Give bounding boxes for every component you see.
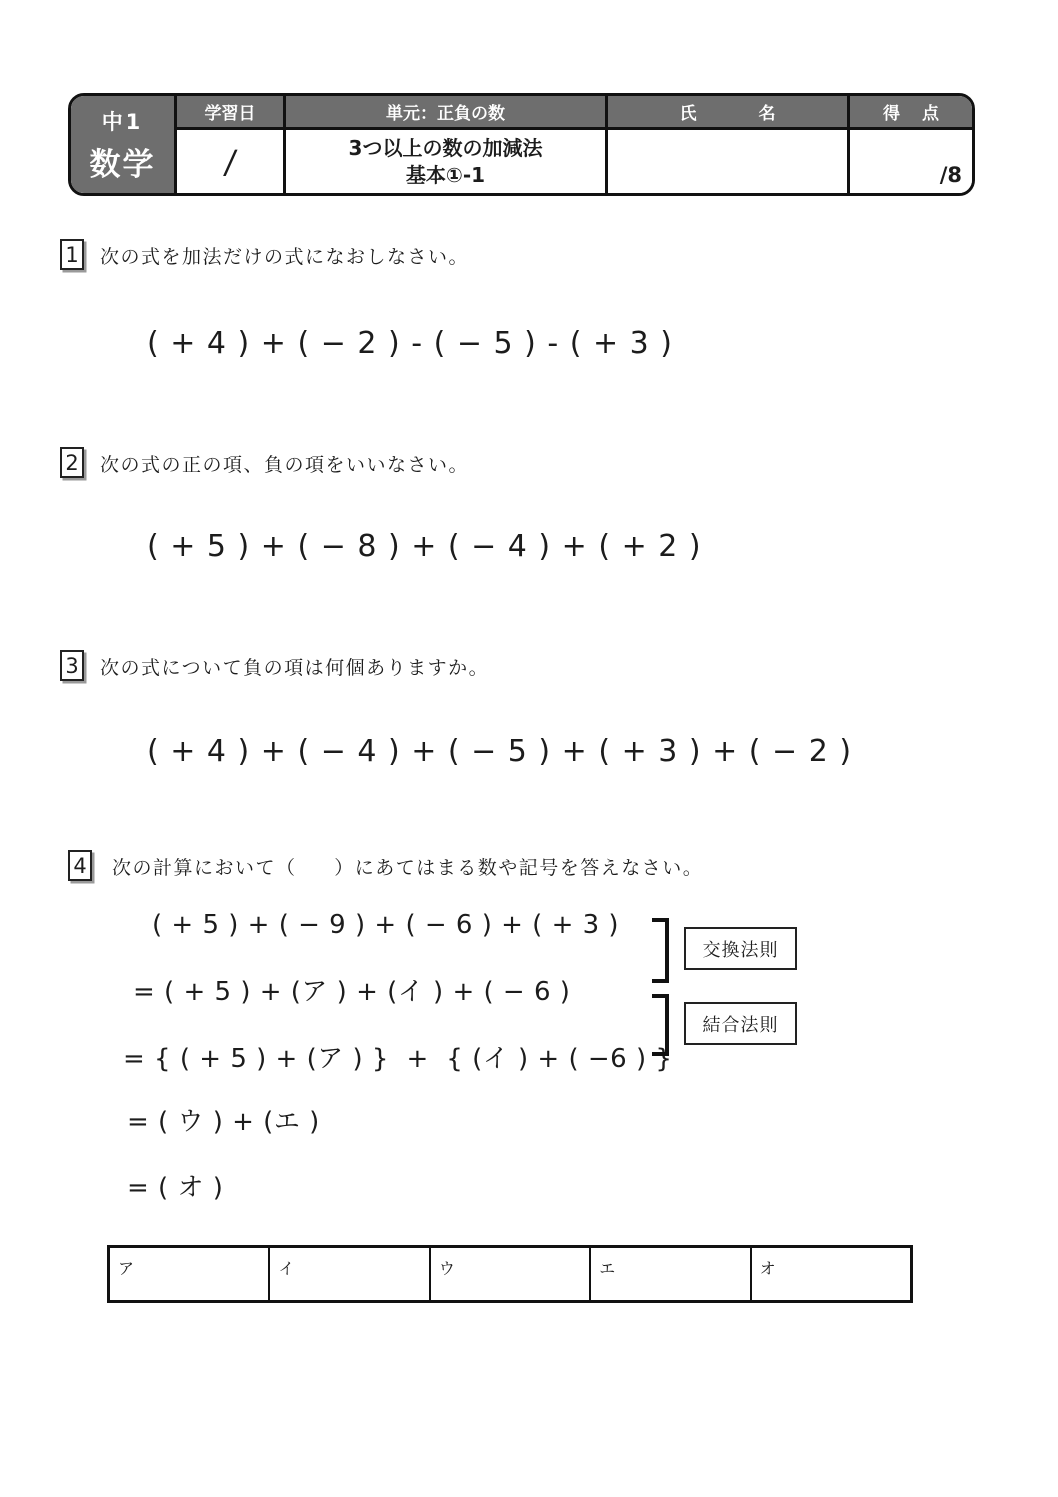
answer-cell-a: ア — [110, 1248, 270, 1300]
associative-law-bracket — [652, 994, 669, 1056]
answer-cell-e: エ — [591, 1248, 751, 1300]
study-date-slash: / — [222, 143, 238, 181]
problem-4-line-3: = { ( + 5 ) + (ア ) } + { (イ ) + ( −6 ) } — [123, 1038, 672, 1075]
score-header: 得 点 — [850, 96, 972, 130]
problem-1-equation: ( + 4 ) + ( − 2 ) - ( − 5 ) - ( + 3 ) — [147, 326, 673, 361]
subject-cell: 中1 数学 — [71, 96, 177, 193]
study-date-column: 学習日 / — [177, 96, 286, 193]
problem-3-prompt: 次の式について負の項は何個ありますか。 — [100, 653, 489, 680]
worksheet-page: 中1 数学 学習日 / 単元：正負の数 3つ以上の数の加減法 基本①-1 氏 名… — [0, 0, 1058, 1497]
problem-3-equation: ( + 4 ) + ( − 4 ) + ( − 5 ) + ( + 3 ) + … — [147, 734, 852, 769]
score-column: 得 点 /8 — [850, 96, 972, 193]
study-date-cell: / — [177, 130, 283, 193]
study-date-header: 学習日 — [177, 96, 283, 130]
problem-3-number: 3 — [60, 650, 84, 681]
problem-1-prompt: 次の式を加法だけの式になおしなさい。 — [100, 242, 469, 269]
problem-2-number: 2 — [60, 447, 84, 478]
problem-4-line-5: = ( オ ) — [127, 1167, 223, 1204]
problem-4-line-4: = ( ウ ) + (エ ) — [127, 1101, 320, 1138]
problem-4-line-2: = ( + 5 ) + (ア ) + (イ ) + ( − 6 ) — [133, 971, 570, 1008]
answer-cell-o: オ — [752, 1248, 910, 1300]
unit-header: 単元：正負の数 — [286, 96, 605, 130]
unit-title-cell: 3つ以上の数の加減法 基本①-1 — [286, 130, 605, 193]
associative-law-label: 結合法則 — [684, 1002, 797, 1045]
name-input-cell — [608, 130, 847, 193]
answer-cell-i: イ — [270, 1248, 430, 1300]
problem-2-prompt: 次の式の正の項、負の項をいいなさい。 — [100, 450, 469, 477]
problem-1-number: 1 — [60, 239, 84, 270]
problem-4-prompt: 次の計算において（ ）にあてはまる数や記号を答えなさい。 — [112, 853, 703, 880]
problem-4-number: 4 — [68, 850, 92, 881]
answer-table: ア イ ウ エ オ — [107, 1245, 913, 1303]
unit-title-line2: 基本①-1 — [406, 162, 485, 189]
problem-2-equation: ( + 5 ) + ( − 8 ) + ( − 4 ) + ( + 2 ) — [147, 529, 702, 564]
commutative-law-bracket — [652, 918, 669, 983]
score-value: /8 — [850, 130, 972, 193]
unit-title-line1: 3つ以上の数の加減法 — [349, 135, 543, 162]
grade-label: 中1 — [102, 106, 144, 136]
subject-label: 数学 — [90, 139, 156, 184]
commutative-law-label: 交換法則 — [684, 927, 797, 970]
unit-column: 単元：正負の数 3つ以上の数の加減法 基本①-1 — [286, 96, 608, 193]
name-header: 氏 名 — [608, 96, 847, 130]
header-table: 中1 数学 学習日 / 単元：正負の数 3つ以上の数の加減法 基本①-1 氏 名… — [68, 93, 975, 196]
name-column: 氏 名 — [608, 96, 850, 193]
problem-4-line-1: ( + 5 ) + ( − 9 ) + ( − 6 ) + ( + 3 ) — [152, 910, 619, 940]
answer-cell-u: ウ — [431, 1248, 591, 1300]
